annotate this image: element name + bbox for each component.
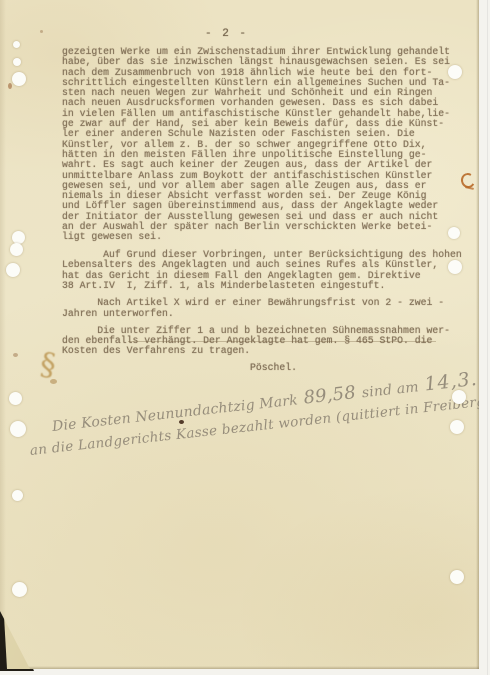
paper-speck <box>13 353 18 357</box>
punch-hole <box>12 72 26 86</box>
punch-hole <box>12 231 25 244</box>
scanned-document: - 2 - gezeigten Werke um ein Zwischensta… <box>0 0 490 675</box>
document-page: - 2 - gezeigten Werke um ein Zwischensta… <box>0 0 479 669</box>
typed-paragraph-2: Auf Grund dieser Vorbringen, unter Berüc… <box>62 250 462 291</box>
punch-hole <box>13 41 20 48</box>
scan-seam <box>487 0 488 675</box>
ink-dot <box>179 420 184 424</box>
punch-hole <box>6 263 20 277</box>
page-number: - 2 - <box>205 28 248 40</box>
punch-hole <box>448 65 462 79</box>
punch-hole <box>10 421 26 437</box>
paper-speck <box>40 30 43 33</box>
typed-paragraph-1: gezeigten Werke um ein Zwischenstadium i… <box>62 47 450 243</box>
punch-hole <box>448 227 460 239</box>
page-right-edge <box>476 0 479 669</box>
punch-hole <box>10 243 23 256</box>
paper-crease-line <box>128 341 436 342</box>
stain-blob <box>50 379 57 384</box>
paper-speck <box>8 83 12 89</box>
typed-paragraph-3: Nach Artikel X wird er einer Bewährungsf… <box>62 298 444 319</box>
punch-hole <box>452 390 466 404</box>
punch-hole <box>448 260 462 274</box>
handwriting-amount: 89,58 <box>302 382 356 409</box>
page-bottom-edge <box>0 666 479 669</box>
page-left-edge <box>0 0 6 669</box>
handwriting-text: sind am <box>361 379 420 401</box>
punch-hole <box>12 490 23 501</box>
punch-hole <box>9 392 22 405</box>
punch-hole <box>12 582 27 597</box>
punch-hole <box>13 58 21 66</box>
punch-hole <box>450 570 464 584</box>
signature-name: Pöschel. <box>250 362 297 373</box>
punch-hole <box>450 420 464 434</box>
rust-mark <box>465 186 474 190</box>
